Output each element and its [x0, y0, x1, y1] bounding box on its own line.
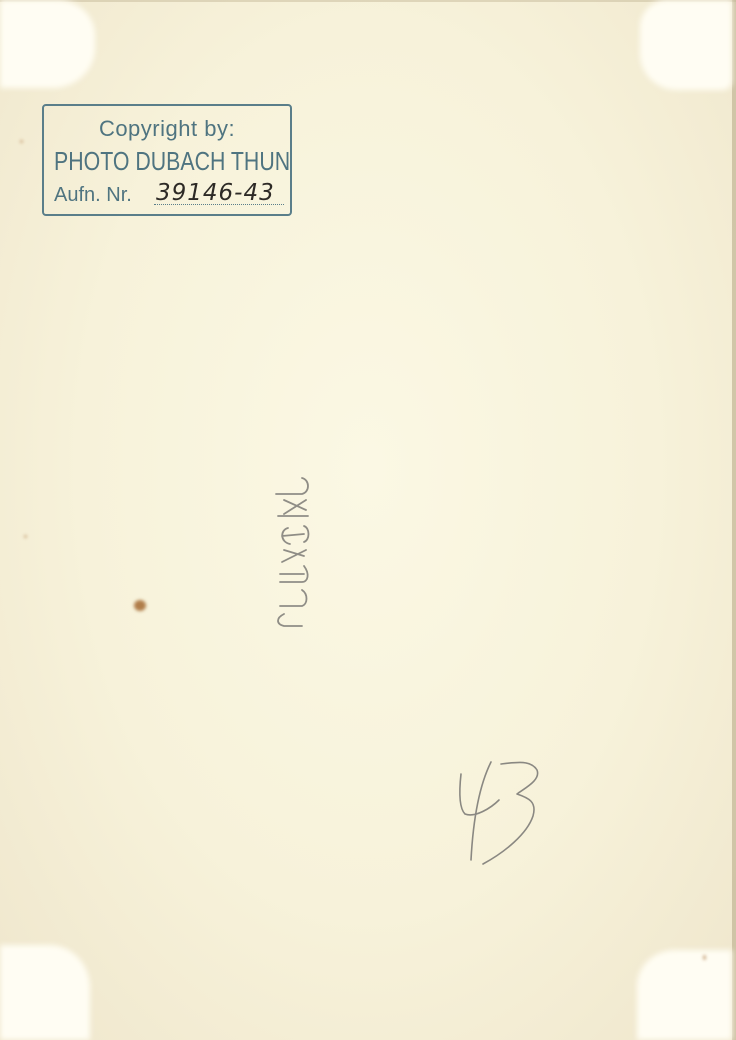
stamp-studio-name: PHOTO DUBACH THUN: [54, 146, 290, 177]
stain-spot: [703, 955, 706, 960]
stain-spot: [20, 140, 23, 143]
stain-spot: [134, 600, 146, 611]
copyright-stamp: Copyright by: PHOTO DUBACH THUN Aufn. Nr…: [42, 104, 292, 216]
corner-mount-residue: [0, 0, 95, 88]
handwritten-photo-number: 39146-43: [156, 180, 275, 206]
pencil-word-uruguay: [262, 470, 314, 630]
right-edge: [732, 0, 736, 1040]
corner-mount-residue: [637, 950, 732, 1040]
top-edge: [0, 0, 736, 2]
stain-spot: [24, 535, 27, 538]
pencil-number-43: [455, 752, 565, 867]
photo-back: Copyright by: PHOTO DUBACH THUN Aufn. Nr…: [0, 0, 736, 1040]
stamp-copyright-line: Copyright by:: [44, 116, 290, 142]
stamp-number-label: Aufn. Nr.: [54, 184, 132, 207]
corner-mount-residue: [640, 0, 732, 90]
corner-mount-residue: [0, 945, 90, 1040]
